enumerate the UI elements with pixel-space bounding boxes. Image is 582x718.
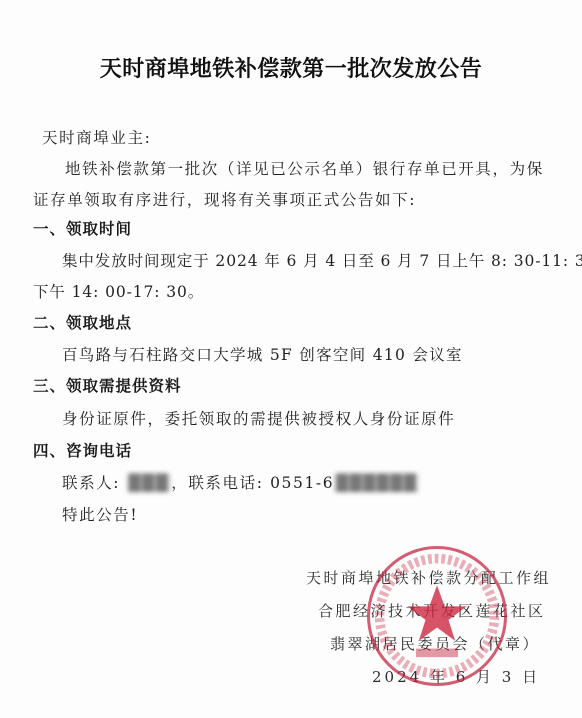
section-location-line: 百鸟路与石柱路交口大学城 5F 创客空间 410 会议室	[62, 345, 463, 365]
section-heading-location: 二、领取地点	[33, 313, 132, 333]
intro-paragraph-line-2: 证存单领取有序进行，现将有关事项正式公告如下:	[33, 190, 416, 210]
section-materials-line: 身份证原件，委托领取的需提供被授权人身份证原件	[62, 409, 455, 429]
contact-name-redacted: ███	[127, 473, 172, 493]
signature-org-line-1: 天时商埠地铁补偿款分配工作组	[306, 568, 551, 588]
salutation: 天时商埠业主:	[42, 128, 151, 148]
section-time-line-1: 集中发放时间现定于 2024 年 6 月 4 日至 6 月 7 日上午 8: 3…	[62, 251, 582, 271]
signature-org-line-3: 翡翠湖居民委员会（代章）	[330, 634, 540, 654]
notice-page: 天时商埠地铁补偿款第一批次发放公告 天时商埠业主: 地铁补偿款第一批次（详见已公…	[0, 0, 582, 718]
contact-phone-label: ，联系电话:	[171, 474, 263, 492]
contact-phone-redacted: ██████	[334, 473, 419, 493]
section-heading-contact: 四、咨询电话	[33, 441, 132, 461]
section-time-line-2: 下午 14: 00-17: 30。	[33, 282, 204, 302]
signature-date: 2024 年 6 月 3 日	[372, 667, 540, 687]
section-heading-materials: 三、领取需提供资料	[33, 376, 182, 396]
contact-label: 联系人:	[62, 474, 120, 492]
document-title: 天时商埠地铁补偿款第一批次发放公告	[0, 52, 582, 83]
contact-line: 联系人: ███，联系电话: 0551-6██████	[62, 473, 419, 493]
section-heading-time: 一、领取时间	[33, 219, 132, 239]
signature-org-line-2: 合肥经济技术开发区莲花社区	[318, 601, 546, 621]
intro-paragraph-line-1: 地铁补偿款第一批次（详见已公示名单）银行存单已开具，为保	[65, 159, 544, 179]
contact-phone-prefix: 0551-6	[270, 474, 334, 492]
closing-statement: 特此公告!	[62, 505, 138, 525]
